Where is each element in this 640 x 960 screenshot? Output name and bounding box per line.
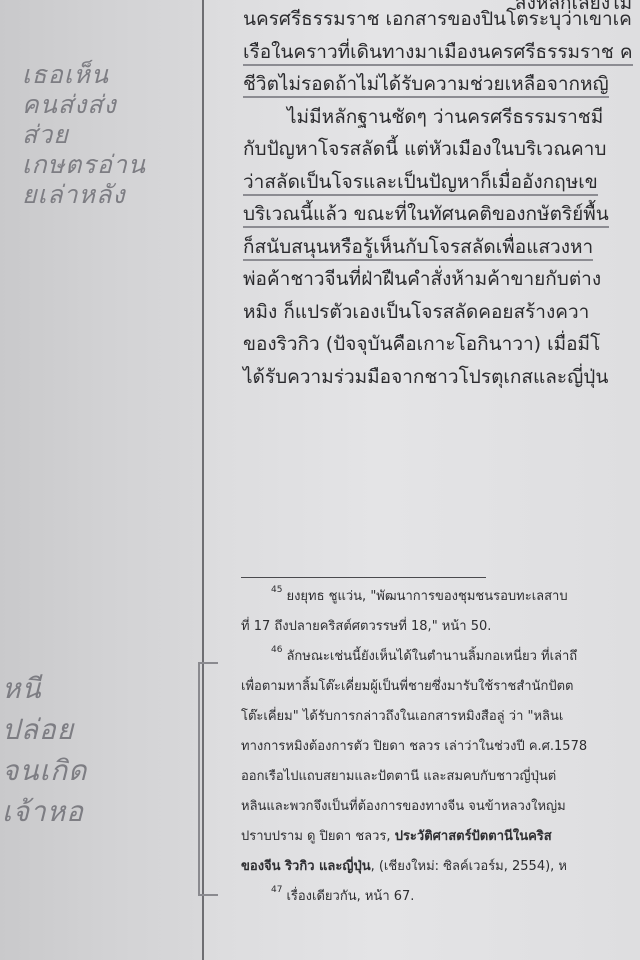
pencil-bracket-mark (198, 662, 218, 896)
text-line: บริเวณนี้แล้ว ขณะที่ในทัศนคติของกษัตริย์… (243, 199, 640, 232)
book-title: ของจีน ริวกิว และญี่ปุ่น (241, 859, 371, 874)
text-line: นครศรีธรรมราช เอกสารของปินโตระบุว่าเขาเค (243, 4, 640, 37)
footnote-line: หลินและพวกจึงเป็นที่ต้องการของทางจีน จนข… (241, 793, 640, 823)
handwritten-line: เจ้าหอ (2, 791, 87, 832)
text-line: พ่อค้าชาวจีนที่ฝ่าฝืนคำสั่งห้ามค้าขายกับ… (243, 264, 640, 297)
handwritten-line: ปล่อย (2, 709, 87, 750)
handwritten-line: จนเกิด (2, 750, 87, 791)
handwritten-line: ส่วย (22, 120, 146, 150)
footnotes: 45ยงยุทธ ชูแว่น, "พัฒนาการของชุมชนรอบทะเ… (241, 583, 640, 913)
handwritten-line: เธอเห็น (22, 60, 146, 90)
handwritten-line: คนส่งส่ง (22, 90, 146, 120)
footnote-line: ทางการหมิงต้องการตัว ปิยดา ชลวร เล่าว่าใ… (241, 733, 640, 763)
footnote-line: เพื่อตามหาลิ้มโต๊ะเคี่ยมผู้เป็นพี่ชายซึ่… (241, 673, 640, 703)
text-line: ได้รับความร่วมมือจากชาวโปรตุเกสและญี่ปุ่… (243, 362, 640, 395)
footnote-47: 47เรื่องเดียวกัน, หน้า 67. (241, 883, 640, 913)
text-line: ของริวกิว (ปัจจุบันคือเกาะโอกินาวา) เมื่… (243, 329, 640, 362)
text-line: ว่าสลัดเป็นโจรและเป็นปัญหาก็เมื่ออังกฤษเ… (243, 167, 640, 200)
handwritten-line: หนี (2, 668, 87, 709)
handwritten-note-top: เธอเห็น คนส่งส่ง ส่วย เกษตรอ่าน ยเล่าหลั… (22, 60, 146, 210)
footnote-46: 46ลักษณะเช่นนี้ยังเห็นได้ในตำนานลิ้มกอเห… (241, 643, 640, 673)
handwritten-note-bottom: หนี ปล่อย จนเกิด เจ้าหอ (2, 668, 87, 832)
footnote-line: ของจีน ริวกิว และญี่ปุ่น, (เชียงใหม่: ซิ… (241, 853, 640, 883)
book-title: ประวัติศาสตร์ปัตตานีในคริส (395, 829, 552, 844)
footnote-line: ที่ 17 ถึงปลายคริสต์ศตวรรษที่ 18," หน้า … (241, 613, 640, 643)
footnote-separator (241, 577, 486, 578)
text-line: ไม่มีหลักฐานชัดๆ ว่านครศรีธรรมราชมี (243, 102, 640, 135)
footnote-45: 45ยงยุทธ ชูแว่น, "พัฒนาการของชุมชนรอบทะเ… (241, 583, 640, 613)
text-line: หมิง ก็แปรตัวเองเป็นโจรสลัดคอยสร้างควา (243, 297, 640, 330)
text-line: กับปัญหาโจรสลัดนี้ แต่หัวเมืองในบริเวณคา… (243, 134, 640, 167)
text-line: ชีวิตไม่รอดถ้าไม่ได้รับความช่วยเหลือจากห… (243, 69, 640, 102)
text-line: ก็สนับสนุนหรือรู้เห็นกับโจรสลัดเพื่อแสวง… (243, 232, 640, 265)
handwritten-line: ยเล่าหลัง (22, 180, 146, 210)
text-line: เรือในคราวที่เดินทางมาเมืองนครศรีธรรมราช… (243, 37, 640, 70)
footnote-line: โต๊ะเคี่ยม" ได้รับการกล่าวถึงในเอกสารหมิ… (241, 703, 640, 733)
footnote-line: ออกเรือไปแถบสยามและปัตตานี และสมคบกับชาว… (241, 763, 640, 793)
handwritten-line: เกษตรอ่าน (22, 150, 146, 180)
body-paragraph: นครศรีธรรมราช เอกสารของปินโตระบุว่าเขาเค… (243, 4, 640, 394)
footnote-line: ปราบปราม ดู ปิยดา ชลวร, ประวัติศาสตร์ปัต… (241, 823, 640, 853)
